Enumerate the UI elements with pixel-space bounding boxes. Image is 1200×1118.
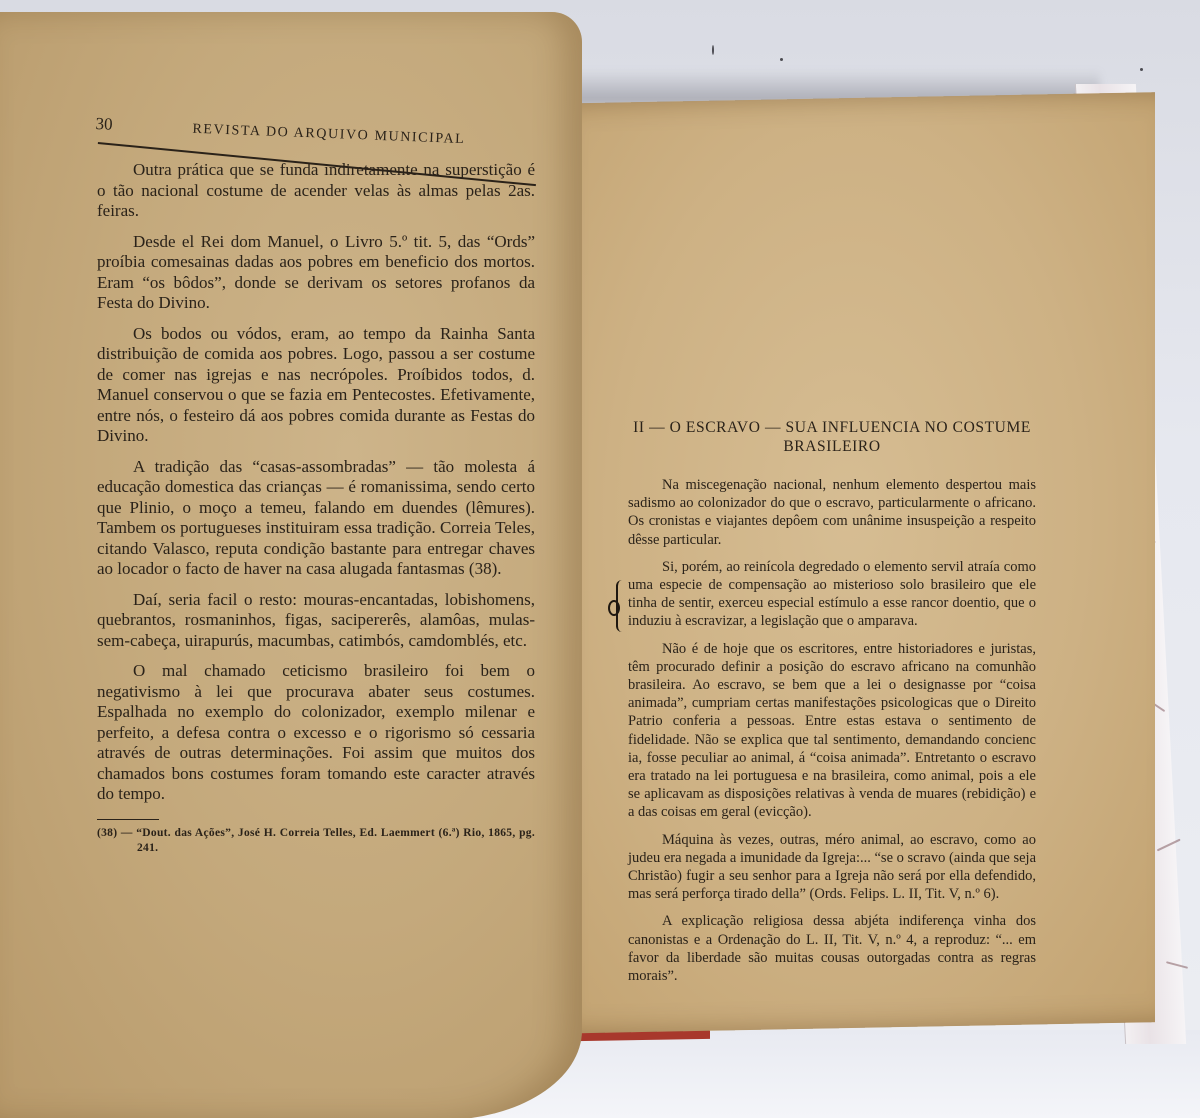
footnote-rule	[97, 819, 159, 820]
surface-speck	[780, 58, 783, 61]
paragraph: Daí, seria facil o resto: mouras-encanta…	[97, 590, 535, 652]
paragraph: Desde el Rei dom Manuel, o Livro 5.º tit…	[97, 232, 535, 314]
paragraph: Outra prática que se funda indiretamente…	[97, 160, 535, 222]
paragraph: Si, porém, ao reinícola degredado o elem…	[628, 558, 1036, 631]
surface-speck	[712, 45, 714, 55]
paragraph: Não é de hoje que os escritores, entre h…	[628, 640, 1036, 822]
section-heading: II — O ESCRAVO — SUA INFLUENCIA NO COSTU…	[628, 418, 1036, 456]
footnote: (38) — “Dout. das Ações”, José H. Correi…	[97, 826, 535, 856]
page-number: 30	[95, 114, 113, 135]
paragraph: Na miscegenação nacional, nenhum element…	[628, 476, 1036, 549]
surface-speck	[1140, 68, 1143, 71]
right-page-body: II — O ESCRAVO — SUA INFLUENCIA NO COSTU…	[628, 418, 1036, 994]
paragraph: Os bodos ou vódos, eram, ao tempo da Rai…	[97, 324, 535, 447]
left-page-body: Outra prática que se funda indiretamente…	[97, 160, 535, 856]
paragraph: O mal chamado ceticismo brasileiro foi b…	[97, 661, 535, 805]
paragraph: Máquina às vezes, outras, méro animal, a…	[628, 831, 1036, 904]
paragraph: A explicação religiosa dessa abjéta indi…	[628, 912, 1036, 985]
paragraph: A tradição das “casas-assombradas” — tão…	[97, 457, 535, 580]
